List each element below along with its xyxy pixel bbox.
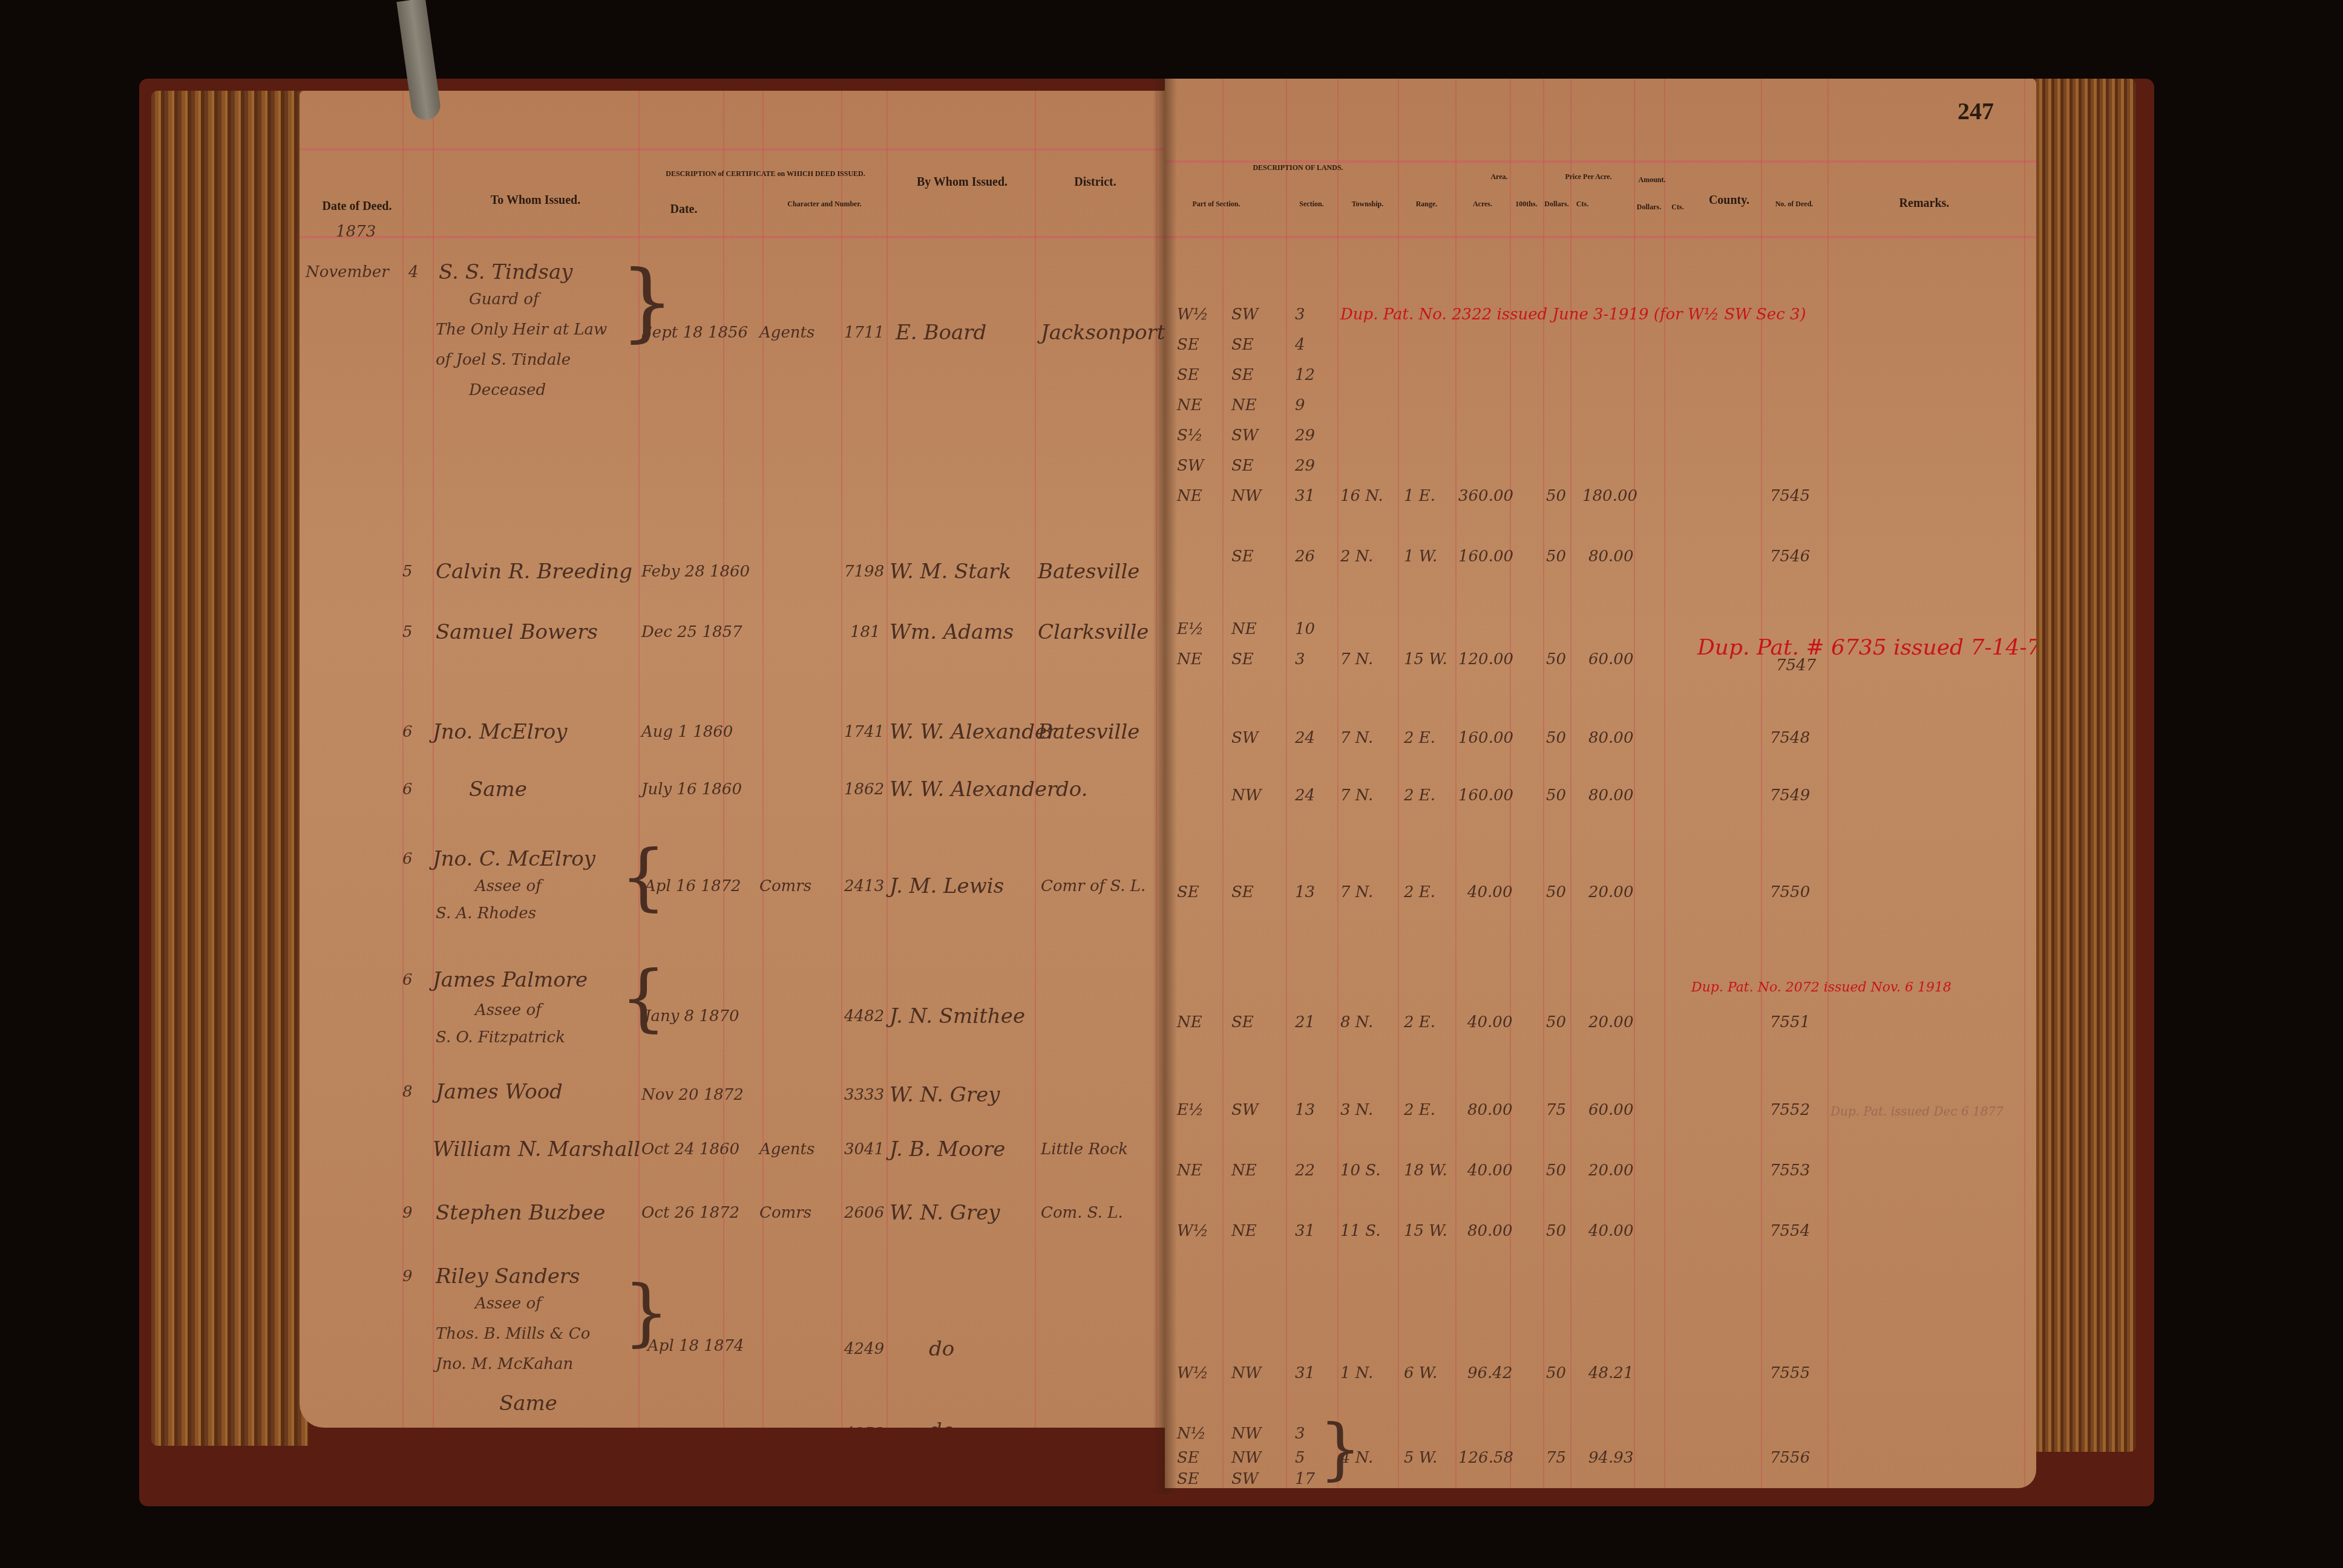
cell-range: 15 W.: [1404, 1222, 1447, 1240]
cell-township: 7 N.: [1340, 729, 1373, 747]
cell-deed-no: 7552: [1770, 1101, 1810, 1119]
cell-quarter: NW: [1231, 487, 1261, 505]
cell-deed-no: 7545: [1770, 487, 1810, 505]
cell-district: Little Rock: [1041, 1140, 1128, 1158]
cell-quarter: SE: [1231, 336, 1254, 354]
cell-day: 5: [402, 623, 413, 641]
cell-character: Comrs: [759, 877, 811, 895]
header-year: 1873: [336, 223, 376, 241]
cell-quarter: SE: [1231, 457, 1254, 475]
cell-quarter: NE: [1231, 620, 1257, 638]
cell-amount: 20.00: [1588, 1013, 1633, 1031]
cell-day: 9: [402, 1267, 413, 1285]
cell-township: 8 N.: [1340, 1013, 1373, 1031]
cell-day: 6: [402, 971, 413, 989]
cell-part: NE: [1177, 1013, 1202, 1031]
cell-deed-no: 7554: [1770, 1222, 1810, 1240]
cell-district: Batesville: [1038, 720, 1139, 744]
col-rule: [1337, 79, 1339, 1488]
header-acres: Acres.: [1455, 200, 1510, 209]
cell-acres: 40.00: [1467, 883, 1512, 901]
left-page: Date of Deed. 1873 To Whom Issued. DESCR…: [300, 91, 1165, 1428]
cell-section: 13: [1295, 883, 1315, 901]
header-district: District.: [1038, 175, 1153, 189]
cell-deed-no: 7555: [1770, 1364, 1810, 1382]
cell-section: 9: [1295, 396, 1305, 414]
cell-quarter: SW: [1231, 426, 1259, 445]
cell-day: 5: [402, 563, 413, 581]
cell-day: 6: [402, 850, 413, 868]
cell-issued-by: W. N. Grey: [890, 1201, 1000, 1225]
header-cert-date: Date.: [644, 203, 723, 217]
cell-range: 15 W.: [1404, 650, 1447, 668]
cell-cert-date: Apl 16 1872: [644, 877, 741, 895]
col-rule: [1664, 79, 1665, 1488]
cell-township: 11 S.: [1340, 1222, 1381, 1240]
book-gutter: [1153, 79, 1177, 1494]
header-township: Township.: [1337, 200, 1398, 209]
cell-quarter: SW: [1231, 1101, 1259, 1119]
cell-part: E½: [1177, 1101, 1204, 1119]
col-rule: [2024, 79, 2025, 1488]
cell-amount: 180.00: [1582, 487, 1637, 505]
col-rule: [1634, 79, 1635, 1488]
cell-section: 3: [1295, 650, 1305, 668]
cell-range: 2 E.: [1404, 729, 1435, 747]
cell-deed-no: 7556: [1770, 1449, 1810, 1467]
cell-amount: 60.00: [1588, 650, 1633, 668]
cell-amount: 48.21: [1588, 1364, 1633, 1382]
cell-amount: 80.00: [1588, 729, 1633, 747]
cell-name: Guard of: [469, 290, 539, 309]
col-rule: [886, 91, 888, 1428]
cell-price: 50: [1546, 547, 1566, 566]
cell-section: 17: [1295, 1470, 1315, 1488]
red-annotation: Dup. Pat. No. 2322 issued June 3-1919 (f…: [1340, 305, 1806, 324]
header-amount-cts: Cts.: [1664, 203, 1691, 212]
cell-name: James Palmore: [433, 968, 588, 992]
cell-quarter: NW: [1231, 1449, 1261, 1467]
cell-name: S. O. Fitzpatrick: [436, 1028, 565, 1047]
cell-price: 50: [1546, 487, 1566, 505]
cell-quarter: NE: [1231, 1222, 1257, 1240]
cell-range: 1 E.: [1404, 487, 1435, 505]
cell-part: NE: [1177, 487, 1202, 505]
cell-name: The Only Heir at Law: [436, 321, 607, 339]
col-rule: [1570, 79, 1571, 1488]
page-edges-right: [2027, 79, 2136, 1452]
cell-part: NE: [1177, 396, 1202, 414]
cell-price: 50: [1546, 1013, 1566, 1031]
cell-quarter: SE: [1231, 650, 1254, 668]
cell-number: 2606: [844, 1204, 884, 1222]
cell-part: W½: [1177, 305, 1208, 324]
cell-number: 181: [850, 623, 880, 641]
cell-name: Calvin R. Breeding: [436, 560, 632, 584]
col-rule: [402, 91, 404, 1428]
cell-number: 2413: [844, 877, 884, 895]
cell-amount: 20.00: [1588, 883, 1633, 901]
cell-character: Comrs: [759, 1204, 811, 1222]
cell-township: 16 N.: [1340, 487, 1383, 505]
cell-number: 1862: [844, 780, 884, 799]
header-remarks: Remarks.: [1861, 197, 1988, 211]
cell-month: November: [306, 263, 389, 281]
cell-range: 2 E.: [1404, 1013, 1435, 1031]
page-edges-left: [151, 91, 309, 1446]
cell-district: Comr of S. L.: [1041, 877, 1145, 895]
header-no-of-deed: No. of Deed.: [1761, 200, 1827, 209]
col-rule: [1510, 79, 1511, 1488]
cell-acres: 96.42: [1467, 1364, 1512, 1382]
cell-part: NE: [1177, 650, 1202, 668]
cell-part: W½: [1177, 1222, 1208, 1240]
cell-deed-no: 7548: [1770, 729, 1810, 747]
cell-cert-date: Jany 8 1870: [644, 1007, 739, 1025]
cell-cert-date: Dec 25 1857: [641, 623, 742, 641]
right-page: 247 DESCRIPTION OF LANDS. Part of Sectio…: [1165, 79, 2036, 1488]
cell-name: Jno. McElroy: [433, 720, 568, 744]
col-rule: [1761, 79, 1762, 1488]
cell-part: E½: [1177, 620, 1204, 638]
cell-day: 6: [402, 723, 413, 741]
cell-section: 13: [1295, 1101, 1315, 1119]
col-rule: [1398, 79, 1399, 1488]
cell-name: Same: [499, 1391, 557, 1416]
header-amount-group: Amount.: [1607, 175, 1697, 185]
cell-quarter: NW: [1231, 1425, 1261, 1443]
cell-deed-no: 7553: [1770, 1161, 1810, 1180]
cell-issued-by: do: [929, 1419, 954, 1428]
header-rule-bottom: [1165, 236, 2036, 238]
cell-name: Jno. C. McElroy: [433, 847, 595, 871]
cell-name: Samuel Bowers: [436, 620, 598, 644]
cell-amount: 94.93: [1588, 1449, 1633, 1467]
cell-deed-no: 7546: [1770, 547, 1810, 566]
cell-part: SE: [1177, 366, 1199, 384]
cell-day: 9: [402, 1204, 413, 1222]
cell-cert-date: Aug 1 1860: [641, 723, 733, 741]
cell-acres: 160.00: [1458, 547, 1513, 566]
cell-district: do.: [1056, 777, 1087, 802]
cell-quarter: NE: [1231, 396, 1257, 414]
cell-section: 31: [1295, 487, 1315, 505]
cell-price: 75: [1546, 1449, 1566, 1467]
col-rule: [1543, 79, 1544, 1488]
cell-part: SW: [1177, 457, 1204, 475]
cell-character: Agents: [759, 324, 814, 342]
cell-township: 7 N.: [1340, 786, 1373, 805]
cell-township: 7 N.: [1340, 883, 1373, 901]
cell-issued-by: J. N. Smithee: [890, 1004, 1025, 1028]
cell-range: 1 W.: [1404, 547, 1437, 566]
cell-price: 50: [1546, 729, 1566, 747]
cell-day: 4: [408, 263, 419, 281]
cell-section: 3: [1295, 305, 1305, 324]
cell-part: NE: [1177, 1161, 1202, 1180]
cell-part: W½: [1177, 1364, 1208, 1382]
cell-price: 50: [1546, 1364, 1566, 1382]
header-part-of-section: Part of Section.: [1180, 200, 1253, 209]
page-number: 247: [1958, 97, 1994, 125]
header-date-of-deed: Date of Deed.: [306, 200, 408, 214]
cell-name: Deceased: [469, 381, 546, 399]
col-rule: [1827, 79, 1829, 1488]
col-rule: [433, 91, 434, 1428]
cell-cert-date: July 16 1860: [641, 780, 742, 799]
cell-township: 4 N.: [1340, 1449, 1373, 1467]
cell-name: Assee of: [475, 1001, 542, 1019]
header-certificate-group: DESCRIPTION of CERTIFICATE on WHICH DEED…: [644, 169, 886, 178]
cell-price: 50: [1546, 1222, 1566, 1240]
cell-quarter: SE: [1231, 366, 1254, 384]
cell-acres: 80.00: [1467, 1222, 1512, 1240]
cell-cert-date: Feby 28 1860: [641, 563, 750, 581]
cell-part: SE: [1177, 336, 1199, 354]
cell-deed-no: 7551: [1770, 1013, 1810, 1031]
cell-section: 5: [1295, 1449, 1305, 1467]
cell-number: 7198: [844, 563, 884, 581]
cell-name: S. S. Tindsay: [439, 260, 573, 284]
cell-issued-by: Wm. Adams: [890, 620, 1014, 644]
cell-issued-by: W. W. Alexander: [890, 720, 1057, 744]
cell-section: 29: [1295, 426, 1315, 445]
cell-amount: 80.00: [1588, 786, 1633, 805]
cell-issued-by: J. B. Moore: [890, 1137, 1005, 1161]
cell-price: 50: [1546, 883, 1566, 901]
cell-acres: 360.00: [1458, 487, 1513, 505]
cell-section: 31: [1295, 1364, 1315, 1382]
cell-number: 1741: [844, 723, 884, 741]
cell-cert-date: Oct 24 1860: [641, 1140, 739, 1158]
cell-cert-date: Nov 20 1872: [641, 1086, 744, 1104]
header-rule-top: [1165, 160, 2036, 163]
cell-district: Jacksonport: [1041, 321, 1165, 345]
cell-price: 50: [1546, 1161, 1566, 1180]
col-rule: [723, 91, 724, 1428]
cell-acres: 80.00: [1467, 1101, 1512, 1119]
cell-section: 24: [1295, 786, 1315, 805]
cell-range: 2 E.: [1404, 1101, 1435, 1119]
cell-number: 3333: [844, 1086, 884, 1104]
cell-cert-date: Sept 18 1856: [641, 324, 748, 342]
cell-amount: 60.00: [1588, 1101, 1633, 1119]
cell-quarter: SE: [1231, 1013, 1254, 1031]
cell-name: Stephen Buzbee: [436, 1201, 605, 1225]
cell-district: Clarksville: [1038, 620, 1149, 644]
cell-township: 10 S.: [1340, 1161, 1381, 1180]
cell-range: 2 E.: [1404, 786, 1435, 805]
cell-deed-no: 7549: [1770, 786, 1810, 805]
cell-section: 24: [1295, 729, 1315, 747]
col-rule: [1455, 79, 1457, 1488]
cell-acres: 40.00: [1467, 1161, 1512, 1180]
cell-part: SE: [1177, 1449, 1199, 1467]
cell-name: Jno. M. McKahan: [436, 1355, 573, 1373]
cell-issued-by: W. M. Stark: [890, 560, 1011, 584]
cell-issued-by: J. M. Lewis: [890, 874, 1004, 898]
red-annotation: Dup. Pat. No. 2072 issued Nov. 6 1918: [1691, 980, 1951, 995]
cell-section: 12: [1295, 366, 1315, 384]
header-county: County.: [1697, 194, 1761, 207]
cell-part: N½: [1177, 1425, 1206, 1443]
cell-cert-date: Apl 18 1874: [647, 1337, 744, 1355]
cell-number: 4482: [844, 1007, 884, 1025]
cell-name: Assee of: [475, 1295, 542, 1313]
cell-issued-by: E. Board: [896, 321, 986, 345]
cell-range: 18 W.: [1404, 1161, 1447, 1180]
cell-acres: 120.00: [1458, 650, 1513, 668]
cell-remarks: Dup. Pat. issued Dec 6 1877: [1830, 1104, 2004, 1119]
cell-section: 3: [1295, 1425, 1305, 1443]
cell-section: 10: [1295, 620, 1315, 638]
cell-price: 75: [1546, 1101, 1566, 1119]
cell-name: William N. Marshall: [433, 1137, 640, 1161]
cell-acres: 160.00: [1458, 786, 1513, 805]
cell-name: S. A. Rhodes: [436, 904, 536, 923]
cell-cert-date: Oct 26 1872: [641, 1204, 739, 1222]
cell-amount: 20.00: [1588, 1161, 1633, 1180]
cell-township: 2 N.: [1340, 547, 1373, 566]
cell-range: 2 E.: [1404, 883, 1435, 901]
cell-issued-by: W. N. Grey: [890, 1083, 1000, 1107]
cell-quarter: SE: [1231, 547, 1254, 566]
header-price-cts: Cts.: [1570, 200, 1594, 209]
header-hundredths: 100ths.: [1510, 200, 1543, 209]
col-rule: [841, 91, 842, 1428]
cell-township: 3 N.: [1340, 1101, 1373, 1119]
cell-name: Riley Sanders: [436, 1264, 580, 1289]
cell-section: 4: [1295, 336, 1305, 354]
cell-district: Com. S. L.: [1041, 1204, 1123, 1222]
cell-name: Assee of: [475, 877, 542, 895]
cell-number: 4253: [844, 1425, 884, 1428]
cell-section: 31: [1295, 1222, 1315, 1240]
cell-section: 26: [1295, 547, 1315, 566]
cell-name: Same: [469, 777, 527, 802]
cell-name: of Joel S. Tindale: [436, 351, 571, 369]
cell-day: 6: [402, 780, 413, 799]
cell-day: 8: [402, 1083, 413, 1101]
cell-amount: 40.00: [1588, 1222, 1633, 1240]
cell-part: SE: [1177, 1470, 1199, 1488]
cell-section: 21: [1295, 1013, 1315, 1031]
cell-part: SE: [1177, 883, 1199, 901]
cell-issued-by: do: [929, 1337, 954, 1361]
cell-amount: 80.00: [1588, 547, 1633, 566]
cell-number: 1711: [844, 324, 884, 342]
cell-deed-no: 7550: [1770, 883, 1810, 901]
cell-name: Thos. B. Mills & Co: [436, 1325, 590, 1343]
cell-quarter: NW: [1231, 1364, 1261, 1382]
cell-character: Agents: [759, 1140, 814, 1158]
cell-section: 29: [1295, 457, 1315, 475]
cell-quarter: SW: [1231, 729, 1259, 747]
cell-quarter: SW: [1231, 305, 1259, 324]
red-annotation: Dup. Pat. # 6735 issued 7-14-72: [1697, 635, 2036, 660]
cell-name: James Wood: [436, 1080, 563, 1104]
cell-range: 6 W.: [1404, 1364, 1437, 1382]
header-character-number: Character and Number.: [762, 200, 886, 209]
cell-township: 7 N.: [1340, 650, 1373, 668]
cell-quarter: NE: [1231, 1161, 1257, 1180]
header-to-whom-issued: To Whom Issued.: [439, 194, 632, 207]
header-lands-group: DESCRIPTION OF LANDS.: [1201, 163, 1395, 172]
cell-part: S½: [1177, 426, 1203, 445]
cell-acres: 40.00: [1467, 1013, 1512, 1031]
cell-range: 5 W.: [1404, 1449, 1437, 1467]
header-range: Range.: [1398, 200, 1455, 209]
col-rule: [1286, 79, 1287, 1488]
col-rule: [1035, 91, 1036, 1428]
cell-acres: 126.58: [1458, 1449, 1513, 1467]
cell-quarter: NW: [1231, 786, 1261, 805]
cell-price: 50: [1546, 786, 1566, 805]
cell-acres: 160.00: [1458, 729, 1513, 747]
cell-district: Batesville: [1038, 560, 1139, 584]
cell-township: 1 N.: [1340, 1364, 1373, 1382]
header-by-whom-issued: By Whom Issued.: [890, 175, 1035, 189]
header-amount-dollars: Dollars.: [1634, 203, 1664, 212]
header-area-group: Area.: [1455, 172, 1543, 181]
cell-quarter: SE: [1231, 883, 1254, 901]
cell-issued-by: W. W. Alexander: [890, 777, 1057, 802]
cell-quarter: SW: [1231, 1470, 1259, 1488]
cell-number: 3041: [844, 1140, 884, 1158]
cell-price: 50: [1546, 650, 1566, 668]
cell-section: 22: [1295, 1161, 1315, 1180]
col-rule: [1222, 79, 1224, 1488]
col-rule: [762, 91, 764, 1428]
cell-number: 4249: [844, 1340, 884, 1358]
header-section: Section.: [1286, 200, 1337, 209]
header-price-dollars: Dollars.: [1543, 200, 1570, 209]
